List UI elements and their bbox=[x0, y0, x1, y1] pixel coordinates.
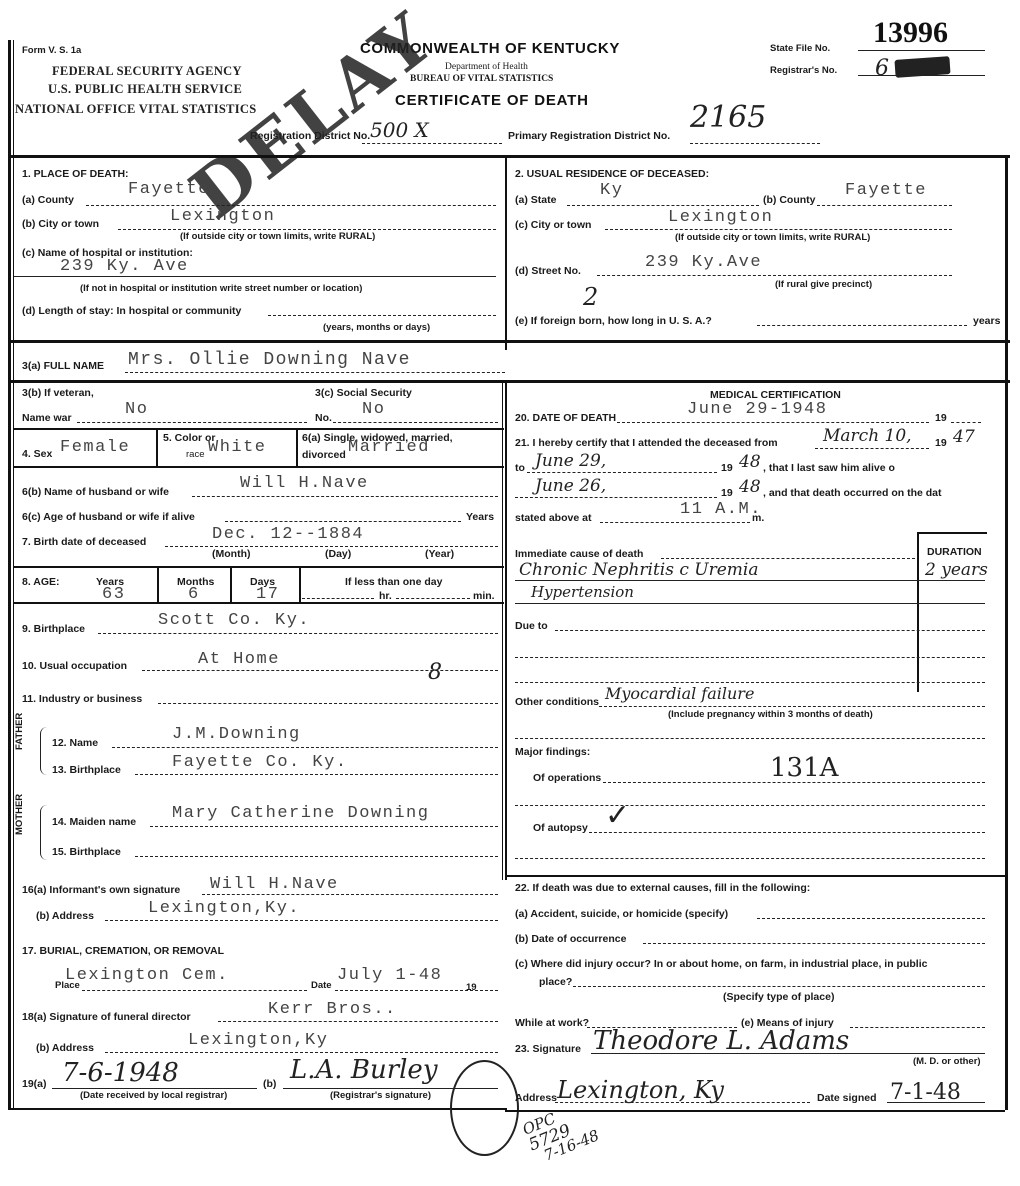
state-file-number: 13996 bbox=[873, 16, 948, 50]
major-findings-label: Major findings: bbox=[515, 746, 590, 758]
immediate-cause-field-2[interactable]: Hypertension bbox=[531, 583, 634, 601]
veteran-label-2: Name war bbox=[22, 412, 72, 424]
certificate-title: CERTIFICATE OF DEATH bbox=[395, 92, 589, 109]
father-name-field[interactable]: J.M.Downing bbox=[172, 725, 301, 744]
death-time-suffix: m. bbox=[752, 512, 764, 524]
industry-label: 11. Industry or business bbox=[22, 693, 142, 705]
pod-hospital-note: (If not in hospital or institution write… bbox=[80, 283, 362, 294]
mother-name-field[interactable]: Mary Catherine Downing bbox=[172, 804, 429, 823]
external-c-label: (c) Where did injury occur? In or about … bbox=[515, 958, 927, 970]
agency-line-1: FEDERAL SECURITY AGENCY bbox=[52, 64, 242, 79]
last-saw-year-prefix: 19 bbox=[721, 487, 733, 499]
bureau-name: BUREAU OF VITAL STATISTICS bbox=[410, 74, 553, 84]
stated-above-label: stated above at bbox=[515, 512, 591, 524]
funeral-director-address-label: (b) Address bbox=[36, 1042, 94, 1054]
attended-from-field[interactable]: March 10, bbox=[823, 426, 912, 446]
mother-side-label: MOTHER bbox=[14, 794, 25, 835]
state-file-label: State File No. bbox=[770, 43, 830, 54]
veteran-field[interactable]: No bbox=[125, 400, 148, 419]
personal-section: 3(b) If veteran, Name war No 3(c) Social… bbox=[0, 380, 505, 880]
residence-section: 2. USUAL RESIDENCE OF DECEASED: (a) Stat… bbox=[505, 155, 1010, 345]
burial-date-field[interactable]: July 1-48 bbox=[337, 966, 442, 985]
primary-district-label: Primary Registration District No. bbox=[508, 130, 670, 142]
pod-stay-label: (d) Length of stay: In hospital or commu… bbox=[22, 305, 241, 317]
immediate-cause-label: Immediate cause of death bbox=[515, 548, 643, 560]
received-label: 19(a) bbox=[22, 1078, 47, 1090]
social-security-label-2: No. bbox=[315, 412, 332, 424]
attended-to-field[interactable]: June 29, bbox=[535, 451, 606, 471]
social-security-label-1: 3(c) Social Security bbox=[315, 387, 412, 399]
father-brace bbox=[40, 727, 47, 775]
sex-label: 4. Sex bbox=[22, 448, 52, 460]
filing-annotation: OPC 5729 7-16-48 bbox=[520, 1097, 602, 1169]
burial-heading: 17. BURIAL, CREMATION, OR REMOVAL bbox=[22, 945, 224, 957]
physician-address-label: Address bbox=[515, 1092, 557, 1104]
spouse-age-suffix: Years bbox=[466, 511, 494, 523]
funeral-director-address-field[interactable]: Lexington,Ky bbox=[188, 1031, 328, 1050]
pod-county-label: (a) County bbox=[22, 194, 74, 206]
res-street-note: (If rural give precinct) bbox=[775, 279, 872, 290]
attended-from-year-prefix: 19 bbox=[935, 437, 947, 449]
last-saw-year[interactable]: 48 bbox=[739, 477, 761, 497]
informant-address-label: (b) Address bbox=[36, 910, 94, 922]
external-heading: 22. If death was due to external causes,… bbox=[515, 882, 810, 894]
registrar-signature-field[interactable]: L.A. Burley bbox=[290, 1055, 438, 1085]
informant-section: 16(a) Informant's own signature Will H.N… bbox=[0, 870, 505, 1100]
mother-birthplace-label: 15. Birthplace bbox=[52, 846, 121, 858]
pod-stay-note[interactable]: (years, months or days) bbox=[323, 322, 430, 333]
registrar-signature-note: (Registrar's signature) bbox=[330, 1090, 431, 1101]
pod-county-field[interactable]: Fayette bbox=[128, 180, 210, 199]
duration-field[interactable]: 2 years bbox=[925, 560, 988, 580]
res-city-note: (If outside city or town limits, write R… bbox=[675, 232, 870, 243]
father-side-label: FATHER bbox=[14, 713, 25, 750]
hr-label: hr. bbox=[379, 590, 392, 602]
full-name-label: 3(a) FULL NAME bbox=[22, 360, 104, 372]
received-date-field[interactable]: 7-6-1948 bbox=[62, 1058, 179, 1088]
operations-label: Of operations bbox=[533, 772, 601, 784]
father-name-label: 12. Name bbox=[52, 737, 98, 749]
duration-top-rule bbox=[917, 532, 987, 534]
occupation-mark: 8 bbox=[428, 660, 442, 685]
res-city-field[interactable]: Lexington bbox=[668, 208, 773, 227]
race-field[interactable]: White bbox=[208, 438, 267, 457]
burial-date-label: Date bbox=[311, 980, 332, 991]
medical-certification-section: MEDICAL CERTIFICATION 20. DATE OF DEATH … bbox=[505, 380, 1010, 880]
informant-signature-label: 16(a) Informant's own signature bbox=[22, 884, 180, 896]
birth-month-note: (Month) bbox=[212, 548, 250, 560]
res-foreign-label: (e) If foreign born, how long in U. S. A… bbox=[515, 315, 712, 327]
res-street-label: (d) Street No. bbox=[515, 265, 581, 277]
last-saw-label: , that I last saw him alive o bbox=[763, 462, 895, 474]
occupation-field[interactable]: At Home bbox=[198, 650, 280, 669]
other-conditions-note: (Include pregnancy within 3 months of de… bbox=[668, 709, 873, 720]
burial-place-field[interactable]: Lexington Cem. bbox=[65, 966, 229, 985]
residence-heading: 2. USUAL RESIDENCE OF DECEASED: bbox=[515, 168, 709, 180]
birth-date-field[interactable]: Dec. 12--1884 bbox=[212, 525, 364, 544]
to-label: to bbox=[515, 462, 525, 474]
place-of-death-heading: 1. PLACE OF DEATH: bbox=[22, 168, 129, 180]
department-name: Department of Health bbox=[445, 62, 528, 72]
informant-address-field[interactable]: Lexington,Ky. bbox=[148, 899, 300, 918]
age-label: 8. AGE: bbox=[22, 576, 60, 588]
spouse-age-label: 6(c) Age of husband or wife if alive bbox=[22, 511, 195, 523]
spouse-label: 6(b) Name of husband or wife bbox=[22, 486, 169, 498]
registrar-number: 6 bbox=[875, 56, 889, 81]
duration-heading: DURATION bbox=[927, 546, 982, 558]
external-place-note: (Specify type of place) bbox=[723, 991, 834, 1003]
birthplace-field[interactable]: Scott Co. Ky. bbox=[158, 611, 310, 630]
birth-date-label: 7. Birth date of deceased bbox=[22, 536, 146, 548]
attended-to-year[interactable]: 48 bbox=[739, 452, 761, 472]
mother-brace bbox=[40, 805, 47, 860]
death-time-field[interactable]: 11 A.M. bbox=[680, 500, 762, 519]
full-name-field[interactable]: Mrs. Ollie Downing Nave bbox=[128, 350, 411, 370]
mother-name-label: 14. Maiden name bbox=[52, 816, 136, 828]
registrar-signature-label: (b) bbox=[263, 1078, 276, 1090]
informant-signature-field[interactable]: Will H.Nave bbox=[210, 875, 339, 894]
res-street-field[interactable]: 239 Ky.Ave bbox=[645, 253, 762, 272]
sex-field[interactable]: Female bbox=[60, 438, 130, 457]
burial-date-suffix: 19 bbox=[466, 982, 477, 993]
bottom-left-rule bbox=[10, 1108, 507, 1110]
marital-field[interactable]: Married bbox=[348, 438, 430, 457]
other-conditions-label: Other conditions bbox=[515, 696, 599, 708]
birth-day-note: (Day) bbox=[325, 548, 351, 560]
birth-year-note: (Year) bbox=[425, 548, 454, 560]
pod-city-label: (b) City or town bbox=[22, 218, 99, 230]
last-saw-field[interactable]: June 26, bbox=[535, 476, 606, 496]
res-foreign-suffix: years bbox=[973, 315, 1000, 327]
death-date-suffix: 19 bbox=[935, 412, 947, 424]
father-birthplace-field[interactable]: Fayette Co. Ky. bbox=[172, 753, 348, 772]
death-date-label: 20. DATE OF DEATH bbox=[515, 412, 616, 424]
physician-signature-field[interactable]: Theodore L. Adams bbox=[593, 1026, 849, 1056]
less-than-day-label: If less than one day bbox=[345, 576, 442, 588]
immediate-cause-field[interactable]: Chronic Nephritis c Uremia bbox=[519, 560, 759, 580]
agency-line-2: U.S. PUBLIC HEALTH SERVICE bbox=[48, 82, 242, 97]
received-note: (Date received by local registrar) bbox=[80, 1090, 227, 1101]
res-county-label: (b) County bbox=[763, 194, 816, 206]
res-foreign-mark: 2 bbox=[583, 283, 598, 311]
res-state-field[interactable]: Ky bbox=[600, 181, 623, 200]
external-a-label: (a) Accident, suicide, or homicide (spec… bbox=[515, 908, 728, 920]
physician-signature-note: (M. D. or other) bbox=[913, 1056, 981, 1067]
external-b-label: (b) Date of occurrence bbox=[515, 933, 626, 945]
certificate-header: Form V. S. 1a FEDERAL SECURITY AGENCY U.… bbox=[0, 0, 1020, 150]
primary-district-value: 2165 bbox=[690, 100, 766, 135]
attended-to-year-prefix: 19 bbox=[721, 462, 733, 474]
death-date-field[interactable]: June 29-1948 bbox=[687, 400, 827, 419]
pod-city-field[interactable]: Lexington bbox=[170, 207, 275, 226]
pod-hospital-field[interactable]: 239 Ky. Ave bbox=[60, 257, 189, 276]
while-at-work-label: While at work? bbox=[515, 1017, 589, 1029]
res-county-field[interactable]: Fayette bbox=[845, 181, 927, 200]
date-signed-label: Date signed bbox=[817, 1092, 877, 1104]
external-causes-section: 22. If death was due to external causes,… bbox=[505, 876, 1010, 1106]
min-label: min. bbox=[473, 590, 495, 602]
occupation-label: 10. Usual occupation bbox=[22, 660, 127, 672]
other-conditions-field[interactable]: Myocardial failure bbox=[605, 684, 754, 703]
registration-district-value: 500 X bbox=[370, 118, 429, 142]
form-number: Form V. S. 1a bbox=[22, 45, 81, 56]
res-state-label: (a) State bbox=[515, 194, 556, 206]
registrar-number-label: Registrar's No. bbox=[770, 65, 837, 76]
father-birthplace-label: 13. Birthplace bbox=[52, 764, 121, 776]
spouse-field[interactable]: Will H.Nave bbox=[240, 474, 369, 493]
funeral-director-field[interactable]: Kerr Bros.. bbox=[268, 1000, 397, 1019]
agency-line-3: NATIONAL OFFICE VITAL STATISTICS bbox=[15, 102, 257, 117]
physician-signature-label: 23. Signature bbox=[515, 1043, 581, 1055]
operations-field[interactable]: 131A bbox=[770, 753, 838, 783]
race-label-2: race bbox=[186, 449, 204, 460]
autopsy-label: Of autopsy bbox=[533, 822, 588, 834]
duration-divider bbox=[917, 532, 919, 692]
marital-label-2: divorced bbox=[302, 449, 346, 461]
place-of-death-section: 1. PLACE OF DEATH: (a) County Fayette (b… bbox=[0, 155, 505, 345]
veteran-label-1: 3(b) If veteran, bbox=[22, 387, 94, 399]
pod-city-note: (If outside city or town limits, write R… bbox=[180, 231, 375, 242]
autopsy-check-mark[interactable]: ✓ bbox=[605, 798, 630, 833]
external-place-label: place? bbox=[539, 976, 572, 988]
attended-label: 21. I hereby certify that I attended the… bbox=[515, 437, 778, 449]
social-security-field[interactable]: No bbox=[362, 400, 385, 419]
due-to-label: Due to bbox=[515, 620, 548, 632]
res-city-label: (c) City or town bbox=[515, 219, 591, 231]
attended-from-year[interactable]: 47 bbox=[953, 427, 975, 447]
funeral-director-label: 18(a) Signature of funeral director bbox=[22, 1011, 191, 1023]
birthplace-label: 9. Birthplace bbox=[22, 623, 85, 635]
death-occurred-label: , and that death occurred on the dat bbox=[763, 487, 942, 499]
